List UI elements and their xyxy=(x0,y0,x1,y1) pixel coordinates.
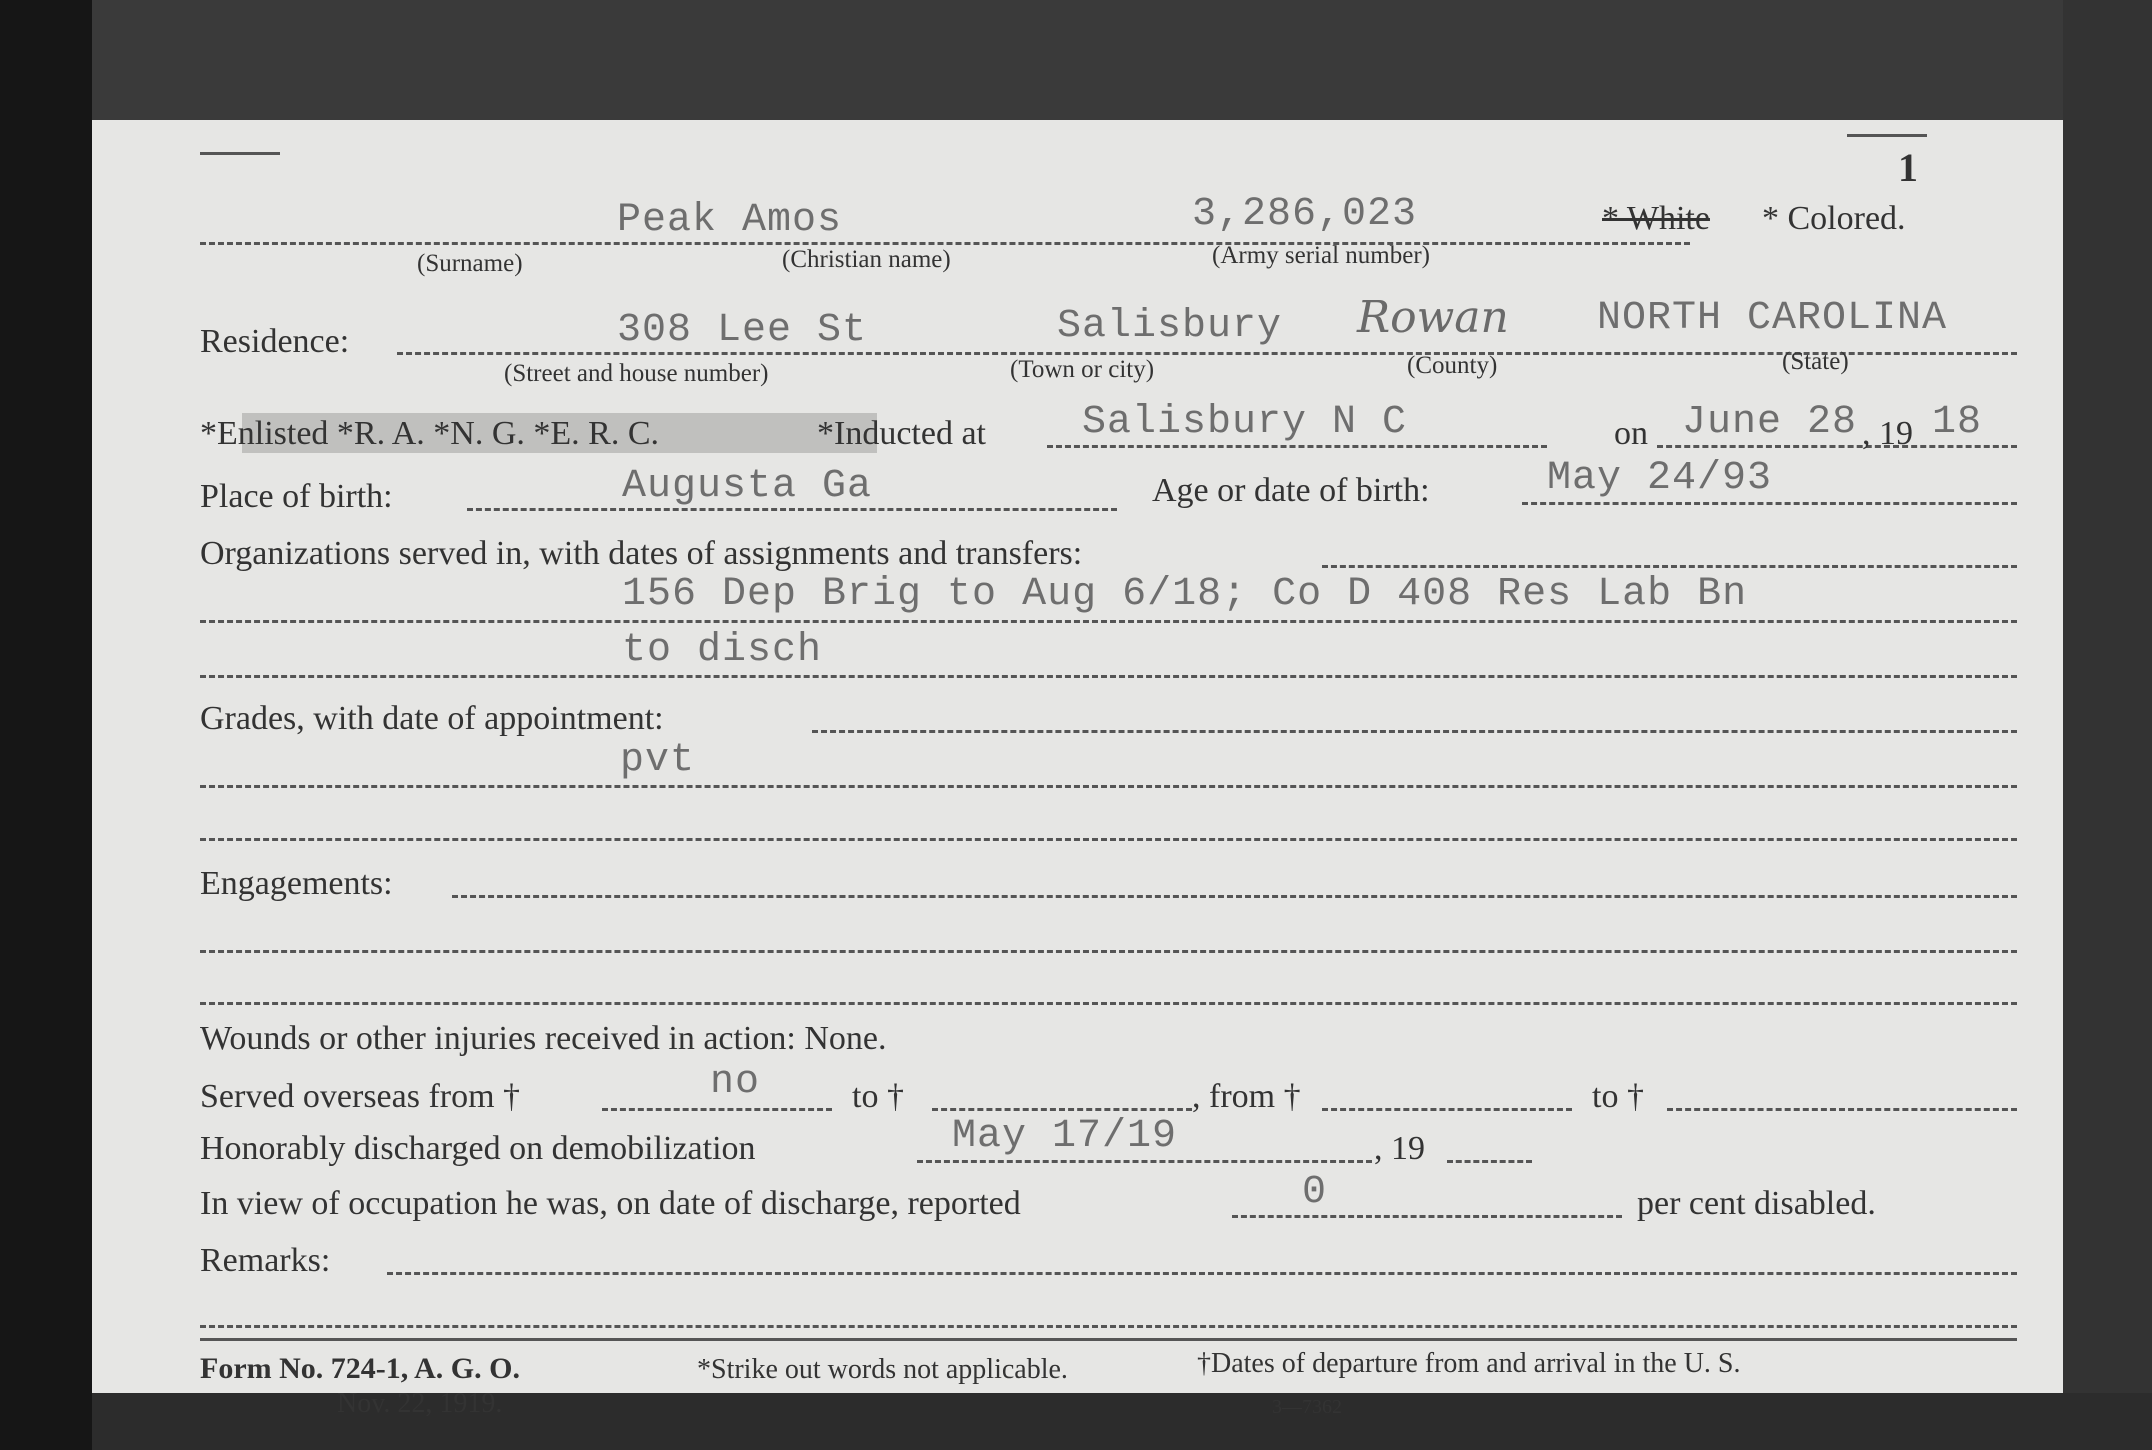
grades-value: pvt xyxy=(620,738,695,783)
overseas-to2-label: to † xyxy=(1592,1078,1644,1116)
service-record-card: 1 Peak Amos (Surname) (Christian name) 3… xyxy=(92,120,2063,1393)
organizations-line-1 xyxy=(200,620,2017,623)
overseas-to2-line xyxy=(1667,1108,2017,1111)
grades-line-1 xyxy=(200,785,2017,788)
organizations-line-0 xyxy=(1322,565,2017,568)
enlistment-options: *Enlisted *R. A. *N. G. *E. R. C. xyxy=(200,415,659,453)
organizations-value-line2: to disch xyxy=(622,628,822,673)
age-line xyxy=(1522,502,2017,505)
inducted-at-label: *Inducted at xyxy=(817,415,986,453)
place-of-birth-label: Place of birth: xyxy=(200,478,393,516)
county-value-handwritten: Rowan xyxy=(1357,292,1509,343)
town-caption: (Town or city) xyxy=(1010,356,1154,384)
state-caption: (State) xyxy=(1782,348,1849,376)
discharge-year-label: , 19 xyxy=(1374,1130,1425,1168)
served-overseas-label: Served overseas from † xyxy=(200,1078,520,1116)
inducted-at-value: Salisbury N C xyxy=(1082,400,1407,445)
serial-number-caption: (Army serial number) xyxy=(1212,242,1430,270)
organizations-value-line1: 156 Dep Brig to Aug 6/18; Co D 408 Res L… xyxy=(622,572,1747,617)
surname-caption: (Surname) xyxy=(417,250,523,278)
form-number: Form No. 724-1, A. G. O. xyxy=(200,1352,520,1386)
name-line xyxy=(200,242,1690,245)
town-value: Salisbury xyxy=(1057,304,1282,349)
wounds-label: Wounds or other injuries received in act… xyxy=(200,1020,887,1058)
age-value: May 24/93 xyxy=(1547,456,1772,501)
scanner-right-background xyxy=(2063,0,2152,1450)
engagements-line-1 xyxy=(200,950,2017,953)
discharge-year-line xyxy=(1447,1160,1532,1163)
inducted-at-line xyxy=(1047,445,1547,448)
overseas-from2-label: , from † xyxy=(1192,1078,1301,1116)
street-caption: (Street and house number) xyxy=(504,360,769,388)
footer-rule xyxy=(200,1338,2017,1341)
age-label: Age or date of birth: xyxy=(1152,472,1430,510)
overseas-to-label: to † xyxy=(852,1078,904,1116)
organizations-line-2 xyxy=(200,675,2017,678)
race-option-colored: * Colored. xyxy=(1762,200,1906,238)
surname-value: Peak Amos xyxy=(617,198,842,243)
print-code: 3—7362 xyxy=(1272,1396,1342,1419)
disability-suffix: per cent disabled. xyxy=(1637,1185,1876,1223)
street-value: 308 Lee St xyxy=(617,308,867,353)
overseas-from-value: no xyxy=(710,1060,760,1105)
grades-label: Grades, with date of appointment: xyxy=(200,700,664,738)
discharge-value: May 17/19 xyxy=(952,1114,1177,1159)
disability-line xyxy=(1232,1215,1622,1218)
footnote-dates: †Dates of departure from and arrival in … xyxy=(1197,1348,1740,1380)
residence-label: Residence: xyxy=(200,323,349,361)
christian-name-caption: (Christian name) xyxy=(782,246,951,274)
engagements-label: Engagements: xyxy=(200,865,393,903)
top-right-mark xyxy=(1847,134,1927,137)
overseas-from2-line xyxy=(1322,1108,1572,1111)
top-left-mark xyxy=(200,152,280,155)
footnote-strike: *Strike out words not applicable. xyxy=(697,1354,1068,1386)
induction-year-value: 18 xyxy=(1932,400,1982,445)
overseas-from-line xyxy=(602,1108,832,1111)
remarks-line-0 xyxy=(387,1272,2017,1275)
place-of-birth-value: Augusta Ga xyxy=(622,464,872,509)
engagements-line-0 xyxy=(452,895,2017,898)
engagements-line-2 xyxy=(200,1002,2017,1005)
disability-value: 0 xyxy=(1302,1170,1327,1215)
discharge-label: Honorably discharged on demobilization xyxy=(200,1130,756,1168)
grades-line-0 xyxy=(812,730,2017,733)
discharge-line xyxy=(917,1160,1372,1163)
grades-line-2 xyxy=(200,838,2017,841)
scanner-left-edge xyxy=(0,0,92,1450)
disability-label: In view of occupation he was, on date of… xyxy=(200,1185,1021,1223)
county-caption: (County) xyxy=(1407,352,1497,380)
state-value: NORTH CAROLINA xyxy=(1597,296,1947,341)
serial-number-value: 3,286,023 xyxy=(1192,192,1417,237)
remarks-line-1 xyxy=(200,1325,2017,1328)
on-label: on xyxy=(1614,415,1648,453)
induction-date-value: June 28 xyxy=(1682,400,1857,445)
form-date: Nov. 22, 1919. xyxy=(337,1388,502,1420)
organizations-label: Organizations served in, with dates of a… xyxy=(200,535,1082,573)
race-option-white: * White xyxy=(1602,200,1710,238)
card-number: 1 xyxy=(1898,144,1918,191)
induction-year-prefix: , 19 xyxy=(1862,415,1913,453)
overseas-to-line xyxy=(932,1108,1192,1111)
induction-date-line xyxy=(1657,445,2017,448)
remarks-label: Remarks: xyxy=(200,1242,330,1280)
